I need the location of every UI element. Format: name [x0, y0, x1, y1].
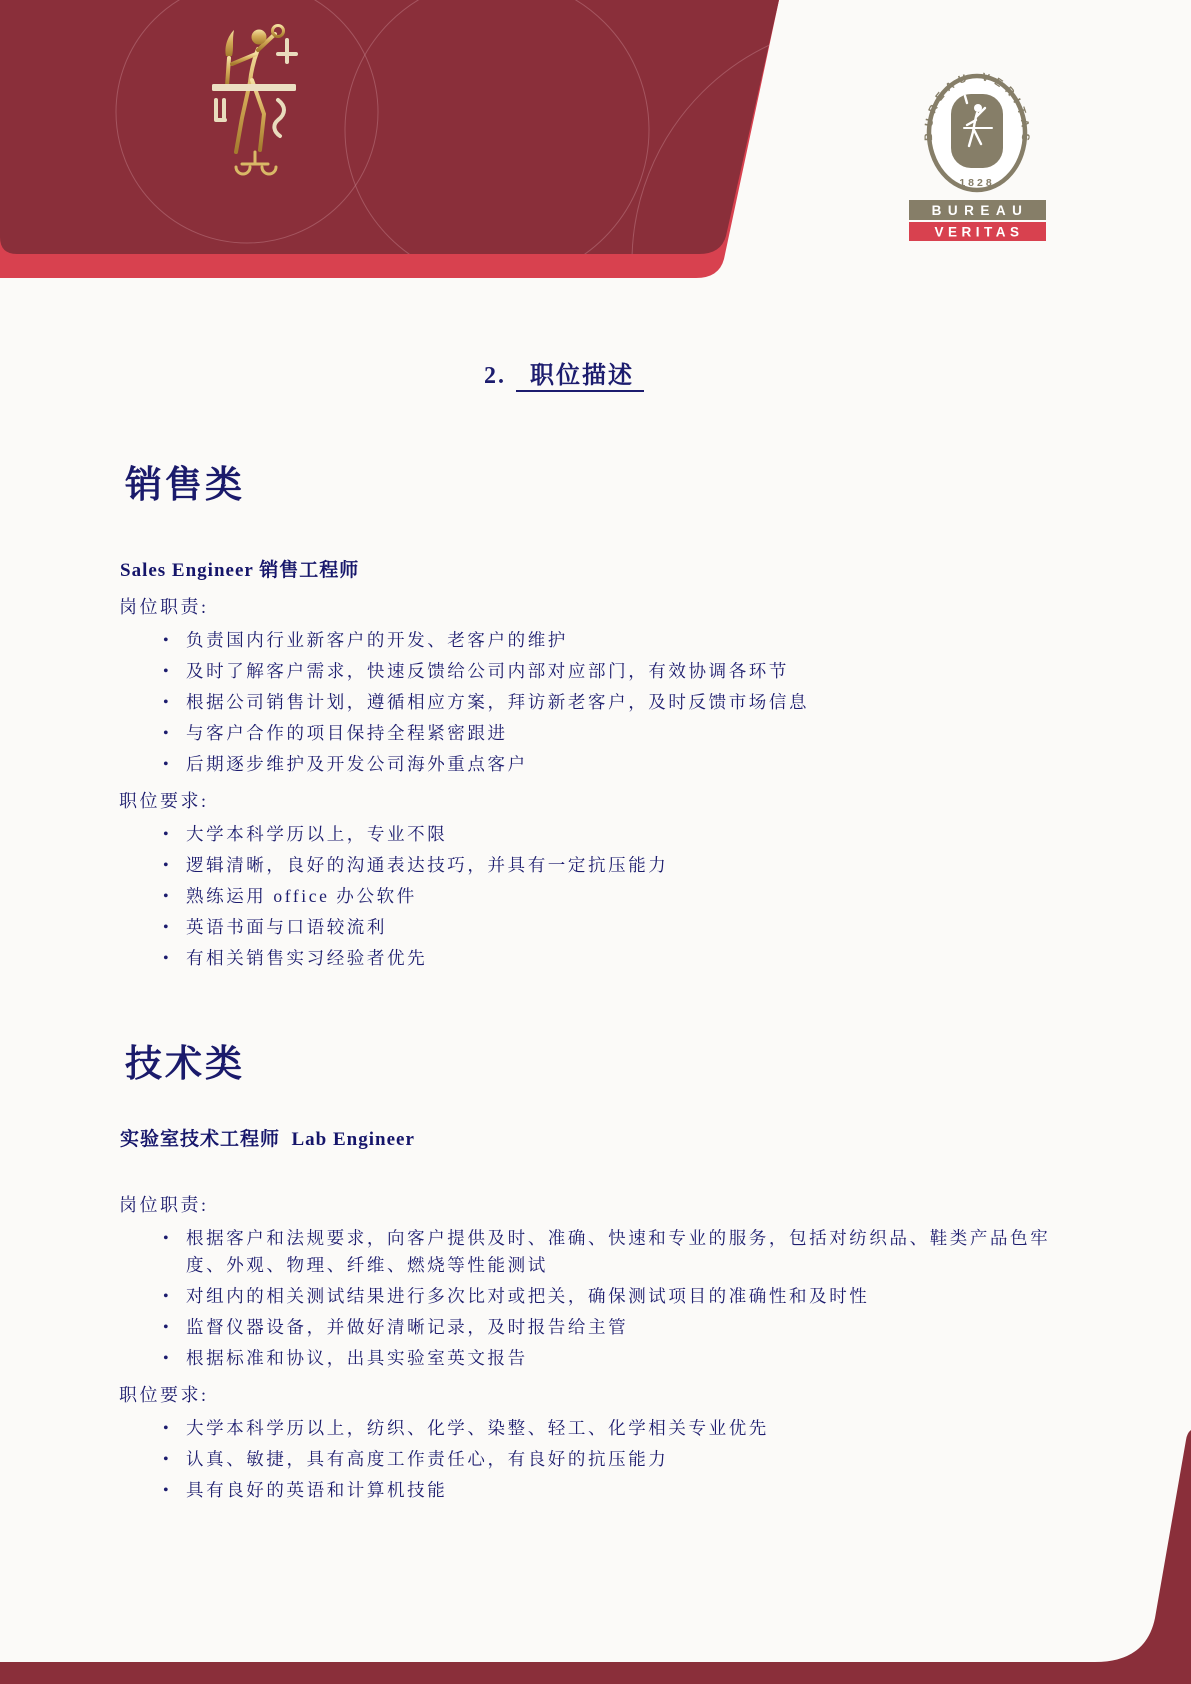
list-item: • 逻辑清晰，良好的沟通表达技巧，并具有一定抗压能力	[119, 852, 1129, 879]
bullet-icon: •	[119, 627, 186, 654]
footer-banner	[0, 1422, 1191, 1684]
requirements-label: 职位要求:	[119, 789, 1129, 813]
job-title-sales-engineer: Sales Engineer 销售工程师	[120, 558, 1129, 584]
list-item-text: 逻辑清晰，良好的沟通表达技巧，并具有一定抗压能力	[186, 852, 668, 879]
bullet-icon: •	[119, 821, 186, 848]
page-title-number: 2.	[484, 363, 506, 389]
list-item-text: 根据标准和协议，出具实验室英文报告	[186, 1345, 528, 1372]
duties-label: 岗位职责:	[119, 595, 1129, 619]
bullet-icon: •	[119, 914, 186, 941]
bullet-icon: •	[119, 689, 186, 716]
list-item: • 大学本科学历以上，专业不限	[119, 821, 1129, 848]
list-item: • 对组内的相关测试结果进行多次比对或把关，确保测试项目的准确性和及时性	[119, 1283, 1129, 1310]
bullet-icon: •	[119, 1225, 186, 1279]
list-item-text: 大学本科学历以上，专业不限	[186, 821, 447, 848]
list-item: • 熟练运用 office 办公软件	[119, 883, 1129, 910]
category-heading-sales: 销售类	[125, 464, 1129, 508]
list-item-text: 后期逐步维护及开发公司海外重点客户	[186, 751, 528, 778]
list-item-text: 根据客户和法规要求，向客户提供及时、准确、快速和专业的服务，包括对纺织品、鞋类产…	[186, 1225, 1066, 1279]
list-item: • 英语书面与口语较流利	[119, 914, 1129, 941]
duties-label: 岗位职责:	[119, 1193, 1129, 1217]
list-item: • 监督仪器设备，并做好清晰记录，及时报告给主管	[119, 1314, 1129, 1341]
list-item: • 根据标准和协议，出具实验室英文报告	[119, 1345, 1129, 1372]
bullet-icon: •	[119, 1345, 186, 1372]
page-title: 2.职位描述	[119, 360, 1009, 392]
list-item: • 与客户合作的项目保持全程紧密跟进	[119, 720, 1129, 747]
job-title-lab-engineer: 实验室技术工程师 Lab Engineer	[120, 1127, 1129, 1153]
page-title-text: 职位描述	[516, 363, 644, 392]
bullet-icon: •	[119, 1314, 186, 1341]
bullet-icon: •	[119, 945, 186, 972]
list-item: • 根据客户和法规要求，向客户提供及时、准确、快速和专业的服务，包括对纺织品、鞋…	[119, 1225, 1129, 1279]
duties-list: • 根据客户和法规要求，向客户提供及时、准确、快速和专业的服务，包括对纺织品、鞋…	[119, 1225, 1129, 1372]
list-item-text: 负责国内行业新客户的开发、老客户的维护	[186, 627, 568, 654]
bullet-icon: •	[119, 883, 186, 910]
list-item-text: 对组内的相关测试结果进行多次比对或把关，确保测试项目的准确性和及时性	[186, 1283, 869, 1310]
requirements-list: • 大学本科学历以上，专业不限 • 逻辑清晰，良好的沟通表达技巧，并具有一定抗压…	[119, 821, 1129, 972]
list-item-text: 与客户合作的项目保持全程紧密跟进	[186, 720, 508, 747]
footer-maroon-band	[0, 1430, 1191, 1684]
bullet-icon: •	[119, 852, 186, 879]
list-item: • 后期逐步维护及开发公司海外重点客户	[119, 751, 1129, 778]
list-item-text: 熟练运用 office 办公软件	[186, 883, 417, 910]
bullet-icon: •	[119, 658, 186, 685]
bullet-icon: •	[119, 1283, 186, 1310]
bullet-icon: •	[119, 720, 186, 747]
document-content: 2.职位描述 销售类 Sales Engineer 销售工程师 岗位职责: • …	[119, 0, 1129, 1508]
list-item-text: 英语书面与口语较流利	[186, 914, 387, 941]
list-item: • 负责国内行业新客户的开发、老客户的维护	[119, 627, 1129, 654]
list-item-text: 有相关销售实习经验者优先	[186, 945, 427, 972]
list-item: • 根据公司销售计划，遵循相应方案，拜访新老客户，及时反馈市场信息	[119, 689, 1129, 716]
bullet-icon: •	[119, 751, 186, 778]
duties-list: • 负责国内行业新客户的开发、老客户的维护 • 及时了解客户需求，快速反馈给公司…	[119, 627, 1129, 778]
list-item-text: 及时了解客户需求，快速反馈给公司内部对应部门，有效协调各环节	[186, 658, 789, 685]
list-item-text: 根据公司销售计划，遵循相应方案，拜访新老客户，及时反馈市场信息	[186, 689, 809, 716]
list-item: • 有相关销售实习经验者优先	[119, 945, 1129, 972]
requirements-label: 职位要求:	[119, 1383, 1129, 1407]
document-page: BUREAU VERITAS 1828 BUREAU VERITAS 2.职位描…	[0, 0, 1191, 1684]
category-heading-technical: 技术类	[125, 1043, 1129, 1087]
list-item: • 及时了解客户需求，快速反馈给公司内部对应部门，有效协调各环节	[119, 658, 1129, 685]
list-item-text: 监督仪器设备，并做好清晰记录，及时报告给主管	[186, 1314, 628, 1341]
